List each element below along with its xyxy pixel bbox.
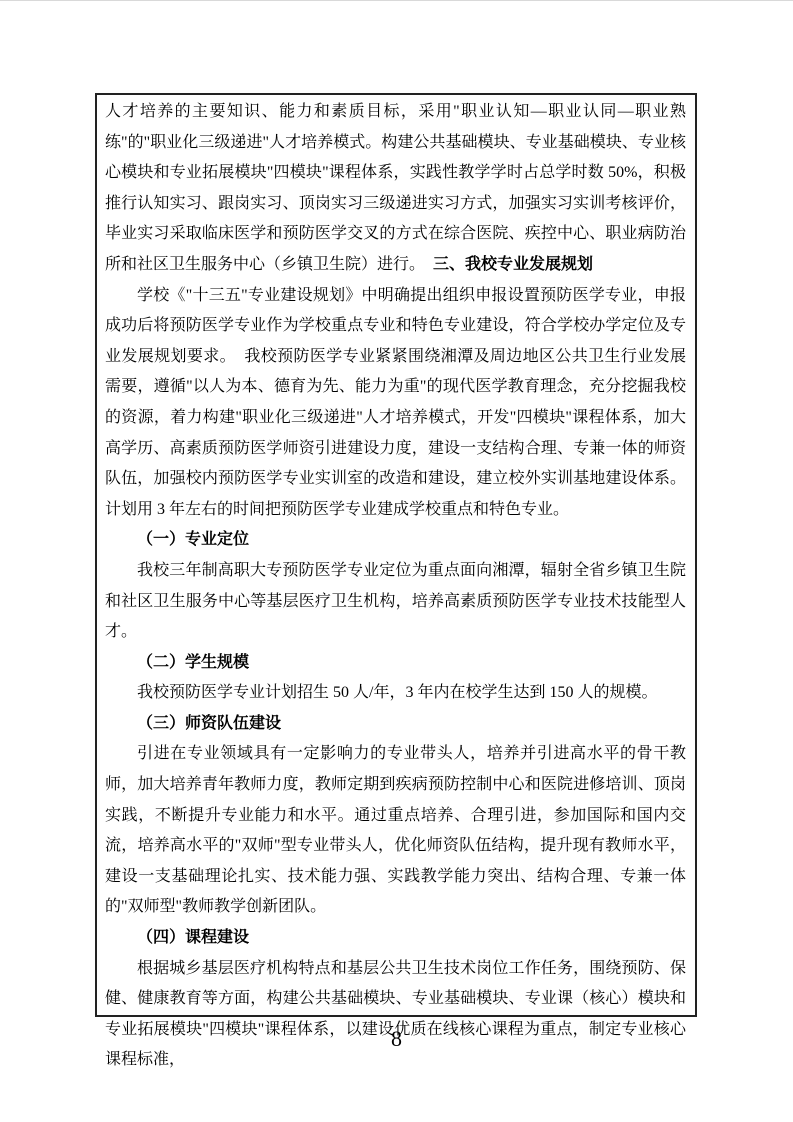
document-page: 人才培养的主要知识、能力和素质目标，采用"职业认知—职业认同—职业熟练"的"职业…	[0, 0, 793, 1122]
paragraph-training-model-text: 人才培养的主要知识、能力和素质目标，采用"职业认知—职业认同—职业熟练"的"职业…	[105, 103, 686, 273]
section-heading-faculty-team: （三）师资队伍建设	[105, 709, 686, 740]
section-heading-curriculum: （四）课程建设	[105, 923, 686, 954]
paragraph-training-model: 人才培养的主要知识、能力和素质目标，采用"职业认知—职业认同—职业熟练"的"职业…	[105, 97, 686, 281]
inline-heading-school-development-plan: 三、我校专业发展规划	[433, 256, 593, 273]
paragraph-development-plan: 学校《"十三五"专业建设规划》中明确提出组织申报设置预防医学专业，申报成功后将预…	[105, 281, 686, 526]
section-body-student-scale: 我校预防医学专业计划招生 50 人/年，3 年内在校学生达到 150 人的规模。	[105, 678, 686, 709]
page-top-edge-line	[0, 0, 793, 1]
document-text-frame: 人才培养的主要知识、能力和素质目标，采用"职业认知—职业认同—职业熟练"的"职业…	[95, 93, 697, 1017]
section-body-curriculum: 根据城乡基层医疗机构特点和基层公共卫生技术岗位工作任务，围绕预防、保健、健康教育…	[105, 954, 686, 1076]
page-number: 8	[0, 1026, 793, 1052]
section-body-faculty-team: 引进在专业领域具有一定影响力的专业带头人，培养并引进高水平的骨干教师，加大培养青…	[105, 739, 686, 923]
section-body-professional-positioning: 我校三年制高职大专预防医学专业定位为重点面向湘潭，辐射全省乡镇卫生院和社区卫生服…	[105, 556, 686, 648]
section-heading-professional-positioning: （一）专业定位	[105, 525, 686, 556]
section-heading-student-scale: （二）学生规模	[105, 648, 686, 679]
